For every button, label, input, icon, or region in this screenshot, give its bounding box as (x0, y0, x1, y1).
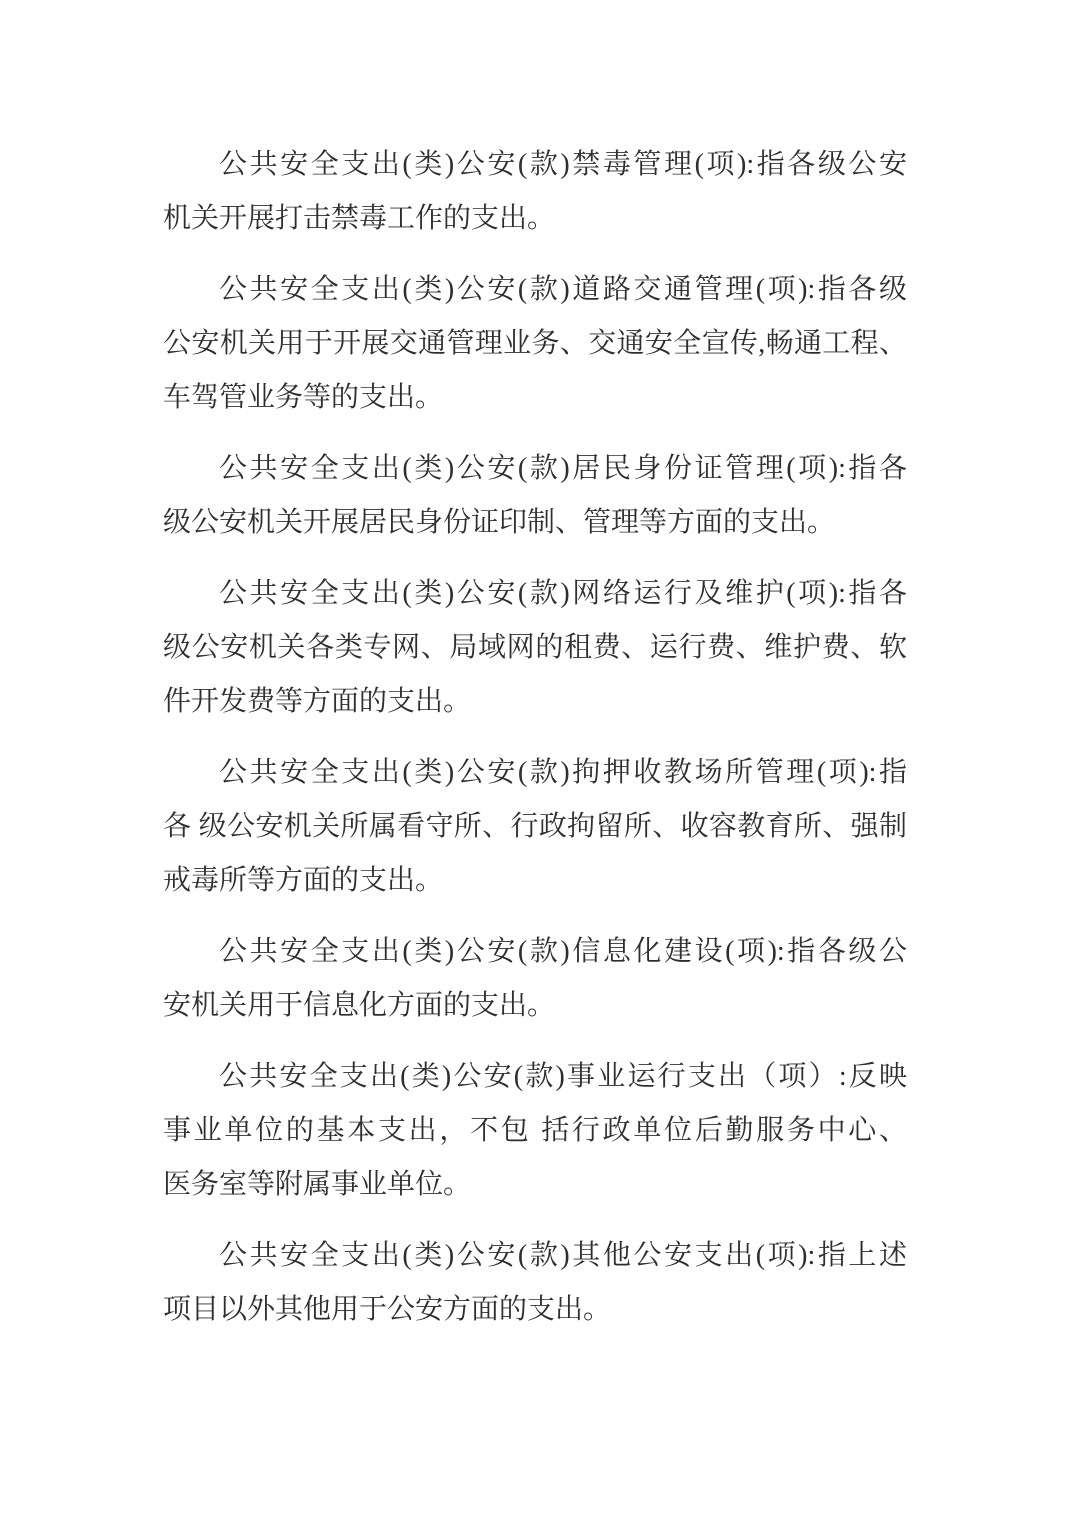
document-page: 公共安全支出(类)公安(款)禁毒管理(项):指各级公安机关开展打击禁毒工作的支出… (0, 0, 1074, 1520)
paragraph: 公共安全支出(类)公安(款)其他公安支出(项):指上述项目以外其他用于公安方面的… (163, 1229, 907, 1337)
paragraph-line: 公共安全支出(类)公安(款)其他公安支出(项):指上述 (163, 1229, 907, 1283)
paragraph: 公共安全支出(类)公安(款)信息化建设(项):指各级公安机关用于信息化方面的支出… (163, 925, 907, 1033)
paragraph-line: 医务室等附属事业单位。 (163, 1158, 907, 1212)
paragraph-line: 级公安机关开展居民身份证印制、管理等方面的支出。 (163, 496, 907, 550)
paragraph-line: 戒毒所等方面的支出。 (163, 854, 907, 908)
paragraph-line: 公共安全支出(类)公安(款)信息化建设(项):指各级公 (163, 925, 907, 979)
paragraph-line: 公共安全支出(类)公安(款)网络运行及维护(项):指各 (163, 567, 907, 621)
paragraph-line: 公共安全支出(类)公安(款)道路交通管理(项):指各级 (163, 263, 907, 317)
paragraph-line: 车驾管业务等的支出。 (163, 371, 907, 425)
paragraph: 公共安全支出(类)公安(款)居民身份证管理(项):指各级公安机关开展居民身份证印… (163, 442, 907, 550)
paragraph: 公共安全支出(类)公安(款)道路交通管理(项):指各级公安机关用于开展交通管理业… (163, 263, 907, 425)
paragraph-line: 机关开展打击禁毒工作的支出。 (163, 192, 907, 246)
paragraph-line: 项目以外其他用于公安方面的支出。 (163, 1283, 907, 1337)
paragraph-line: 事业单位的基本支出，不包 括行政单位后勤服务中心、 (163, 1104, 907, 1158)
paragraph-line: 级公安机关各类专网、局域网的租费、运行费、维护费、软 (163, 621, 907, 675)
paragraph-line: 件开发费等方面的支出。 (163, 675, 907, 729)
paragraph-line: 公共安全支出(类)公安(款)居民身份证管理(项):指各 (163, 442, 907, 496)
paragraph-line: 公共安全支出(类)公安(款)事业运行支出（项）:反映 (163, 1050, 907, 1104)
paragraph: 公共安全支出(类)公安(款)事业运行支出（项）:反映事业单位的基本支出，不包 括… (163, 1050, 907, 1212)
paragraph: 公共安全支出(类)公安(款)网络运行及维护(项):指各级公安机关各类专网、局域网… (163, 567, 907, 729)
paragraph-line: 公共安全支出(类)公安(款)拘押收教场所管理(项):指 (163, 746, 907, 800)
paragraph: 公共安全支出(类)公安(款)禁毒管理(项):指各级公安机关开展打击禁毒工作的支出… (163, 138, 907, 246)
paragraph-line: 各 级公安机关所属看守所、行政拘留所、收容教育所、强制 (163, 800, 907, 854)
paragraph-line: 公共安全支出(类)公安(款)禁毒管理(项):指各级公安 (163, 138, 907, 192)
paragraph-line: 公安机关用于开展交通管理业务、交通安全宣传,畅通工程、 (163, 317, 907, 371)
text-block: 公共安全支出(类)公安(款)禁毒管理(项):指各级公安机关开展打击禁毒工作的支出… (163, 138, 907, 1354)
paragraph-line: 安机关用于信息化方面的支出。 (163, 979, 907, 1033)
paragraph: 公共安全支出(类)公安(款)拘押收教场所管理(项):指各 级公安机关所属看守所、… (163, 746, 907, 908)
